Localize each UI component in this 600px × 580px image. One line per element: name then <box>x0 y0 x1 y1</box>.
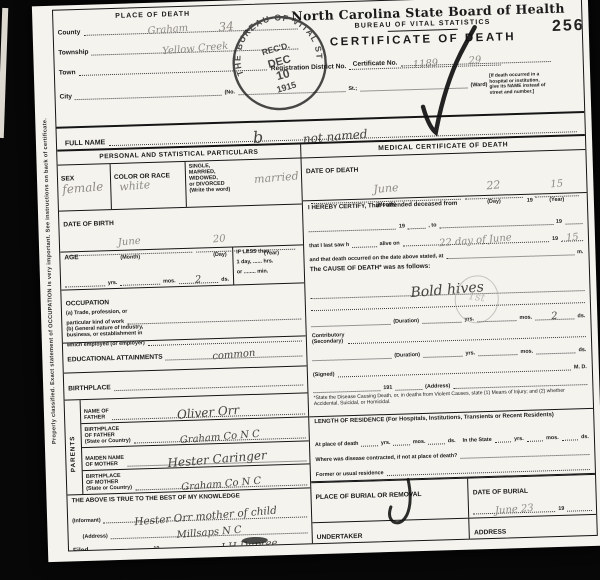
scan-edge-artifact <box>0 8 8 138</box>
res-place-months-field <box>393 435 410 445</box>
age-years-field <box>65 277 105 288</box>
filed-label: Filed <box>73 547 89 552</box>
dod-year-value: 15 <box>550 178 564 190</box>
pencil-scribble-text: 1st <box>467 289 486 304</box>
race-value: white <box>119 178 151 193</box>
occupation-label: OCCUPATION <box>66 300 110 308</box>
last-saw-pronoun-field <box>352 237 377 248</box>
certificate-no-field: 29 <box>400 52 551 66</box>
res-place-days-field <box>428 434 445 444</box>
full-name-label: FULL NAME <box>65 139 106 147</box>
medical-column: MEDICAL CERTIFICATE OF DEATH DATE OF DEA… <box>301 136 597 547</box>
contrib-duration-years-field <box>423 347 463 358</box>
duration-days-value: 2 <box>551 311 558 322</box>
place-of-death-title: PLACE OF DEATH <box>115 11 190 20</box>
parents-section: PARENTS NAME OFFATHER Oliver Orr BIRTHPL… <box>65 394 311 496</box>
date-of-birth-label: DATE OF BIRTH <box>63 220 114 228</box>
filed-year-field <box>162 541 187 552</box>
attended-to-year-field <box>565 214 583 225</box>
dob-day-field: 20 <box>195 232 243 252</box>
certificate-title: CERTIFICATE OF DEATH <box>292 30 554 50</box>
burial-date-field: June 23 <box>473 502 555 514</box>
birthplace-field <box>114 375 304 391</box>
signed-date-field <box>313 381 380 393</box>
city-field <box>75 86 222 100</box>
res-state-years-field <box>494 432 511 442</box>
dod-year-field: 15 <box>534 177 579 197</box>
dob-day-value: 20 <box>213 233 227 245</box>
last-saw-year-field: 15 <box>561 231 583 242</box>
education-value: common <box>212 348 256 362</box>
education-field: common <box>165 347 302 361</box>
dod-month-value: June <box>373 181 399 196</box>
undertaker-cell: UNDERTAKER <box>312 519 470 548</box>
res-state-days-field <box>561 430 578 440</box>
dod-day-field: 22 <box>464 179 522 200</box>
burial-place-cell: PLACE OF BURIAL OR REMOVAL <box>311 479 469 523</box>
ward-label: (Ward) <box>470 82 487 88</box>
parents-strip: PARENTS <box>65 400 84 494</box>
age-days-field: 2 <box>178 273 218 284</box>
undertaker-address-cell: ADDRESS <box>470 515 597 543</box>
burial-date-value: June 23 <box>495 503 534 517</box>
serial-number: 256 <box>552 17 585 36</box>
date-of-death-label: DATE OF DEATH <box>306 167 359 176</box>
city-label: City <box>59 93 72 100</box>
attended-from-year-field <box>408 219 426 230</box>
street-field <box>360 78 468 91</box>
occupation-row: OCCUPATION (a) Trade, profession, or par… <box>61 284 305 344</box>
education-label: EDUCATIONAL ATTAINMENTS <box>67 354 162 364</box>
town-label: Town <box>59 69 76 76</box>
house-number-label: (No. <box>224 89 235 95</box>
duration-years-field <box>422 313 462 324</box>
hospital-note: [If death occurred in a hospital or inst… <box>489 71 582 96</box>
burial-year-field <box>567 501 592 512</box>
age-months-field <box>120 275 160 286</box>
sex-value: female <box>62 179 104 196</box>
age-days-value: 2 <box>195 275 202 286</box>
contrib-duration-months-field <box>478 345 518 356</box>
certificate-no-label: Certificate No. <box>353 60 398 68</box>
former-residence-field <box>386 460 589 476</box>
undertaker-address-label: ADDRESS <box>474 529 506 537</box>
personal-column: PERSONAL AND STATISTICAL PARTICULARS SEX… <box>57 144 313 551</box>
date-of-death-row: DATE OF DEATH June (Month) 22 <box>302 150 587 201</box>
sex-race-marital-row: SEX female COLOR OR RACE white SINGLE, M… <box>58 158 302 211</box>
res-state-months-field <box>526 431 543 441</box>
burial-section: PLACE OF BURIAL OR REMOVAL DATE OF BURIA… <box>311 474 597 547</box>
res-place-years-field <box>361 436 378 446</box>
certificate-paper: Properly classified. Exact statement of … <box>32 0 600 562</box>
township-label: Township <box>58 49 88 57</box>
marital-cell: SINGLE, MARRIED, WIDOWED, or DIVORCED (W… <box>186 158 302 206</box>
certificate-no-value: 29 <box>469 55 483 67</box>
full-name-flourish: b <box>252 127 264 147</box>
registrar-label: Registrar. <box>277 547 304 552</box>
township-value: Yellow Creek <box>161 41 228 57</box>
date-of-birth-row: DATE OF BIRTH June (Month) 20 <box>59 204 303 252</box>
burial-date-cell: DATE OF BURIAL June 23 19 <box>468 475 596 518</box>
county-label: County <box>58 29 81 37</box>
burial-place-label: PLACE OF BURIAL OR REMOVAL <box>315 491 421 501</box>
street-label: St.; <box>348 86 357 92</box>
dob-month-value: June <box>118 236 142 249</box>
burial-date-label: DATE OF BURIAL <box>473 488 528 497</box>
dod-day-value: 22 <box>486 178 501 192</box>
last-saw-year-value: 15 <box>565 232 579 244</box>
county-value: Graham <box>147 23 188 37</box>
birthplace-label: BIRTHPLACE <box>68 384 111 392</box>
undertaker-label: UNDERTAKER <box>317 533 363 541</box>
signed-year-field <box>395 380 422 391</box>
contrib-duration-days-field <box>536 343 576 354</box>
dob-month-field: June <box>68 234 192 257</box>
parents-label: PARENTS <box>69 429 77 479</box>
filed-date-field <box>91 542 150 551</box>
duration-days-field: 2 <box>535 309 575 320</box>
rule-divider <box>388 29 458 32</box>
